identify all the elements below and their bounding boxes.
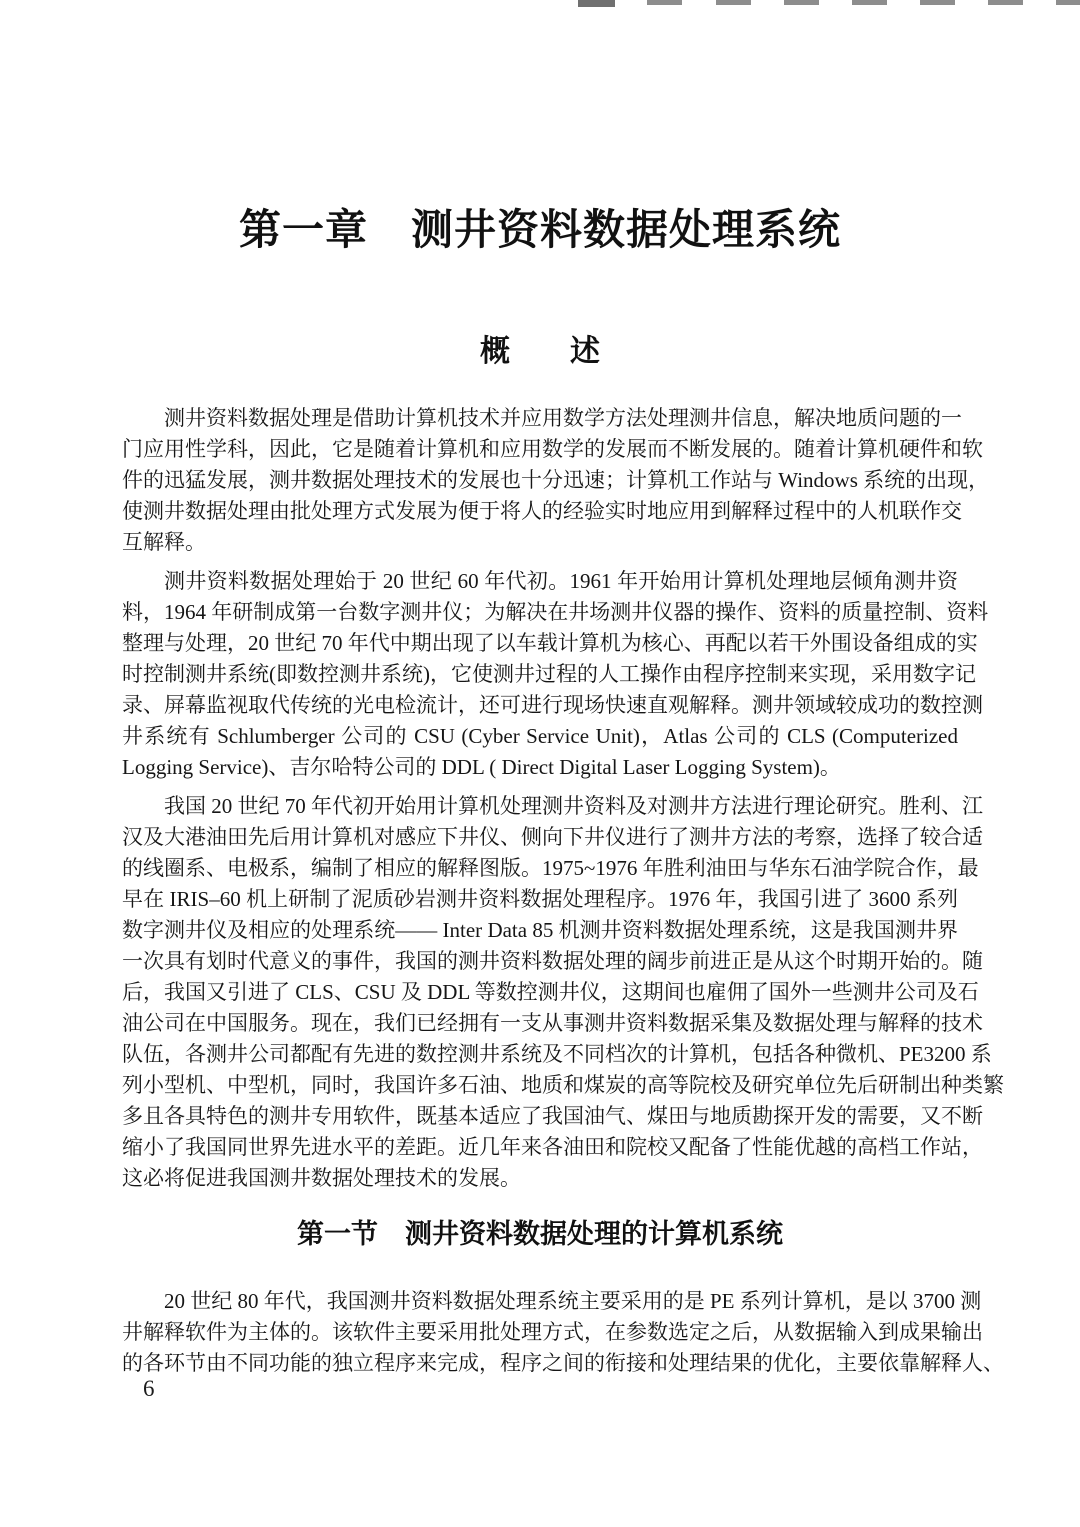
text-line: 件的迅猛发展，测井数据处理技术的发展也十分迅速；计算机工作站与 Windows … (122, 465, 958, 496)
scan-artifact-dash (578, 0, 615, 7)
text-line: 测井资料数据处理始于 20 世纪 60 年代初。1961 年开始用计算机处理地层… (122, 566, 958, 597)
scanned-book-page: 第一章 测井资料数据处理系统 概 述 测井资料数据处理是借助计算机技术并应用数学… (0, 0, 1080, 1527)
text-line: 测井资料数据处理是借助计算机技术并应用数学方法处理测井信息，解决地质问题的一 (122, 403, 958, 434)
text-line: 我国 20 世纪 70 年代初开始用计算机处理测井资料及对测井方法进行理论研究。… (122, 791, 958, 822)
text-line: 数字测井仪及相应的处理系统—— Inter Data 85 机测井资料数据处理系… (122, 915, 958, 946)
scan-artifact-dash (1056, 0, 1080, 5)
text-line: 门应用性学科，因此，它是随着计算机和应用数学的发展而不断发展的。随着计算机硬件和… (122, 434, 958, 465)
paragraph: 20 世纪 80 年代，我国测井资料数据处理系统主要采用的是 PE 系列计算机，… (122, 1286, 958, 1379)
text-line: 录、屏幕监视取代传统的光电检流计，还可进行现场快速直观解释。测井领域较成功的数控… (122, 690, 958, 721)
paragraph: 我国 20 世纪 70 年代初开始用计算机处理测井资料及对测井方法进行理论研究。… (122, 791, 958, 1194)
text-line: 队伍，各测井公司都配有先进的数控测井系统及不同档次的计算机，包括各种微机、PE3… (122, 1039, 958, 1070)
text-line: 使测井数据处理由批处理方式发展为便于将人的经验实时地应用到解释过程中的人机联作交 (122, 496, 958, 527)
text-line: Logging Service)、吉尔哈特公司的 DDL ( Direct Di… (122, 752, 958, 783)
scan-artifact-dash (716, 0, 751, 5)
overview-heading: 概 述 (122, 334, 958, 370)
text-line: 整理与处理，20 世纪 70 年代中期出现了以车载计算机为核心、再配以若干外围设… (122, 628, 958, 659)
text-line: 井解释软件为主体的。该软件主要采用批处理方式，在参数选定之后，从数据输入到成果输… (122, 1317, 958, 1348)
body-text: 测井资料数据处理是借助计算机技术并应用数学方法处理测井信息，解决地质问题的一门应… (122, 403, 958, 1379)
text-line: 互解释。 (122, 527, 958, 558)
text-line: 20 世纪 80 年代，我国测井资料数据处理系统主要采用的是 PE 系列计算机，… (122, 1286, 958, 1317)
chapter-title: 第一章 测井资料数据处理系统 (122, 206, 958, 256)
page-content: 第一章 测井资料数据处理系统 概 述 测井资料数据处理是借助计算机技术并应用数学… (0, 0, 1080, 1379)
page-number: 6 (143, 1376, 155, 1402)
text-line: 早在 IRIS–60 机上研制了泥质砂岩测井资料数据处理程序。1976 年，我国… (122, 884, 958, 915)
scan-artifact-dash (920, 0, 955, 5)
text-line: 时控制测井系统(即数控测井系统)，它使测井过程的人工操作由程序控制来实现，采用数… (122, 659, 958, 690)
text-line: 井系统有 Schlumberger 公司的 CSU (Cyber Service… (122, 721, 958, 752)
text-line: 这必将促进我国测井数据处理技术的发展。 (122, 1163, 958, 1194)
text-line: 缩小了我国同世界先进水平的差距。近几年来各油田和院校又配备了性能优越的高档工作站… (122, 1132, 958, 1163)
text-line: 油公司在中国服务。现在，我们已经拥有一支从事测井资料数据采集及数据处理与解释的技… (122, 1008, 958, 1039)
paragraph: 测井资料数据处理是借助计算机技术并应用数学方法处理测井信息，解决地质问题的一门应… (122, 403, 958, 558)
scan-artifact-dash (784, 0, 819, 5)
text-line: 列小型机、中型机，同时，我国许多石油、地质和煤炭的高等院校及研究单位先后研制出种… (122, 1070, 958, 1101)
text-line: 后，我国又引进了 CLS、CSU 及 DDL 等数控测井仪，这期间也雇佣了国外一… (122, 977, 958, 1008)
text-line: 汉及大港油田先后用计算机对感应下井仪、侧向下井仪进行了测井方法的考察，选择了较合… (122, 822, 958, 853)
text-line: 的线圈系、电极系，编制了相应的解释图版。1975~1976 年胜利油田与华东石油… (122, 853, 958, 884)
scan-artifact-dash (647, 0, 682, 5)
text-line: 多且各具特色的测井专用软件，既基本适应了我国油气、煤田与地质勘探开发的需要，又不… (122, 1101, 958, 1132)
text-line: 一次具有划时代意义的事件，我国的测井资料数据处理的阔步前进正是从这个时期开始的。… (122, 946, 958, 977)
section-heading: 第一节 测井资料数据处理的计算机系统 (122, 1214, 958, 1254)
text-line: 料，1964 年研制成第一台数字测井仪；为解决在井场测井仪器的操作、资料的质量控… (122, 597, 958, 628)
scan-artifact-dash (852, 0, 887, 5)
scan-artifact-dash (988, 0, 1023, 5)
text-line: 的各环节由不同功能的独立程序来完成，程序之间的衔接和处理结果的优化，主要依靠解释… (122, 1348, 958, 1379)
paragraph: 测井资料数据处理始于 20 世纪 60 年代初。1961 年开始用计算机处理地层… (122, 566, 958, 783)
